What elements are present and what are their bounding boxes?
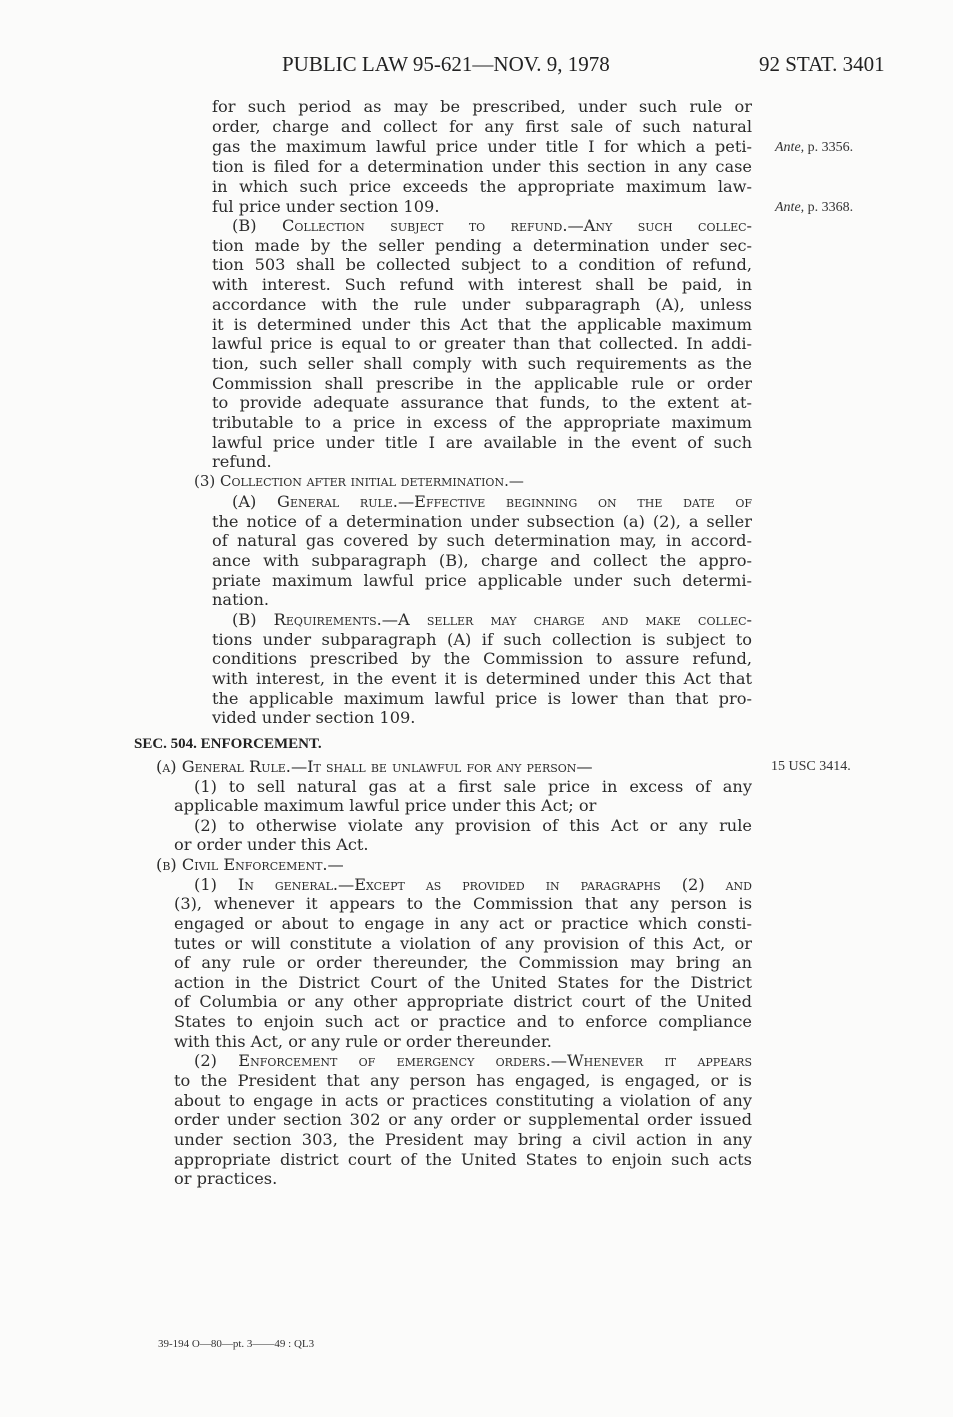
text-line: lawful price is equal to or greater than… — [212, 334, 752, 353]
text-line: the notice of a determination under subs… — [212, 512, 752, 531]
margin-note-italic: Ante, — [775, 200, 804, 215]
section-heading: SEC. 504. ENFORCEMENT. — [134, 736, 322, 753]
margin-note-italic: Ante, — [775, 140, 804, 155]
paragraph-b2-enforcement-of-emergency-orders: (2) Enforcement of emergency orders.—Whe… — [194, 1051, 752, 1070]
text-line: tion is filed for a determination under … — [212, 157, 752, 176]
text-line: of natural gas covered by such determina… — [212, 531, 752, 550]
text-line: tion 503 shall be collected subject to a… — [212, 255, 752, 274]
margin-note-usc: 15 USC 3414. — [771, 759, 851, 775]
text-line: applicable maximum lawful price under th… — [174, 796, 596, 815]
paragraph-b-collection-subject-to-refund: (B) Collection subject to refund.—Any su… — [232, 216, 752, 235]
text-line: engaged or about to engage in any act or… — [174, 914, 752, 933]
text-line: with this Act, or any rule or order ther… — [174, 1032, 552, 1051]
subsection-a-general-rule: (a) General Rule.—It shall be unlawful f… — [156, 757, 593, 776]
text-line: nation. — [212, 590, 269, 609]
text-line: in which such price exceeds the appropri… — [212, 177, 752, 196]
text-line: gas the maximum lawful price under title… — [212, 137, 752, 156]
text-line: of Columbia or any other appropriate dis… — [174, 992, 752, 1011]
text-line: tion, such seller shall comply with such… — [212, 354, 752, 373]
text-line: of any rule or order thereunder, the Com… — [174, 953, 752, 972]
text-line: action in the District Court of the Unit… — [174, 973, 752, 992]
text-line: ful price under section 109. — [212, 197, 439, 216]
text-line: it is determined under this Act that the… — [212, 315, 752, 334]
margin-note-text: p. 3356. — [804, 140, 853, 155]
text-line: tion made by the seller pending a determ… — [212, 236, 752, 255]
text-line: conditions prescribed by the Commission … — [212, 649, 752, 668]
text-line: under section 303, the President may bri… — [174, 1130, 752, 1149]
text-line: States to enjoin such act or practice an… — [174, 1012, 752, 1031]
text-line: with interest. Such refund with interest… — [212, 275, 752, 294]
text-line: or order under this Act. — [174, 835, 369, 854]
text-line: to the President that any person has eng… — [174, 1071, 752, 1090]
paragraph-b1-in-general: (1) In general.—Except as provided in pa… — [194, 875, 752, 894]
text-line: appropriate district court of the United… — [174, 1150, 752, 1169]
text-line: about to engage in acts or practices con… — [174, 1091, 752, 1110]
text-line: refund. — [212, 452, 272, 471]
statute-page-reference: 92 STAT. 3401 — [759, 52, 885, 77]
text-line: tutes or will constitute a violation of … — [174, 934, 752, 953]
text-line: to provide adequate assurance that funds… — [212, 393, 752, 412]
text-line: priate maximum lawful price applicable u… — [212, 571, 752, 590]
text-line: lawful price under title I are available… — [212, 433, 752, 452]
text-line: the applicable maximum lawful price is l… — [212, 689, 752, 708]
text-line: (3), whenever it appears to the Commissi… — [174, 894, 752, 913]
margin-note-text: p. 3368. — [804, 200, 853, 215]
text-line: or practices. — [174, 1169, 277, 1188]
text-line: for such period as may be prescribed, un… — [212, 97, 752, 116]
text-line: ance with subparagraph (B), charge and c… — [212, 551, 752, 570]
subsection-b-civil-enforcement: (b) Civil Enforcement.— — [156, 855, 344, 874]
running-head: PUBLIC LAW 95-621—NOV. 9, 1978 — [282, 52, 610, 77]
margin-note-ante-3368: Ante, p. 3368. — [775, 200, 853, 216]
text-line: Commission shall prescribe in the applic… — [212, 374, 752, 393]
margin-note-text: 15 USC 3414. — [771, 759, 851, 774]
paragraph-a2: (2) to otherwise violate any provision o… — [194, 816, 752, 835]
text-line: tions under subparagraph (A) if such col… — [212, 630, 752, 649]
margin-note-ante-3356: Ante, p. 3356. — [775, 140, 853, 156]
print-code-footer: 39-194 O—80—pt. 3——49 : QL3 — [158, 1338, 314, 1350]
text-line: order, charge and collect for any first … — [212, 117, 752, 136]
text-line: with interest, in the event it is determ… — [212, 669, 752, 688]
subparagraph-b-requirements: (B) Requirements.—A seller may charge an… — [232, 610, 752, 629]
paragraph-3-collection-after-initial-determination: (3) Collection after initial determinati… — [194, 472, 524, 491]
text-line: tributable to a price in excess of the a… — [212, 413, 752, 432]
subparagraph-a-general-rule: (A) General rule.—Effective beginning on… — [232, 492, 752, 511]
paragraph-a1: (1) to sell natural gas at a first sale … — [194, 777, 752, 796]
text-line: accordance with the rule under subparagr… — [212, 295, 752, 314]
text-line: vided under section 109. — [212, 708, 415, 727]
text-line: order under section 302 or any order or … — [174, 1110, 752, 1129]
